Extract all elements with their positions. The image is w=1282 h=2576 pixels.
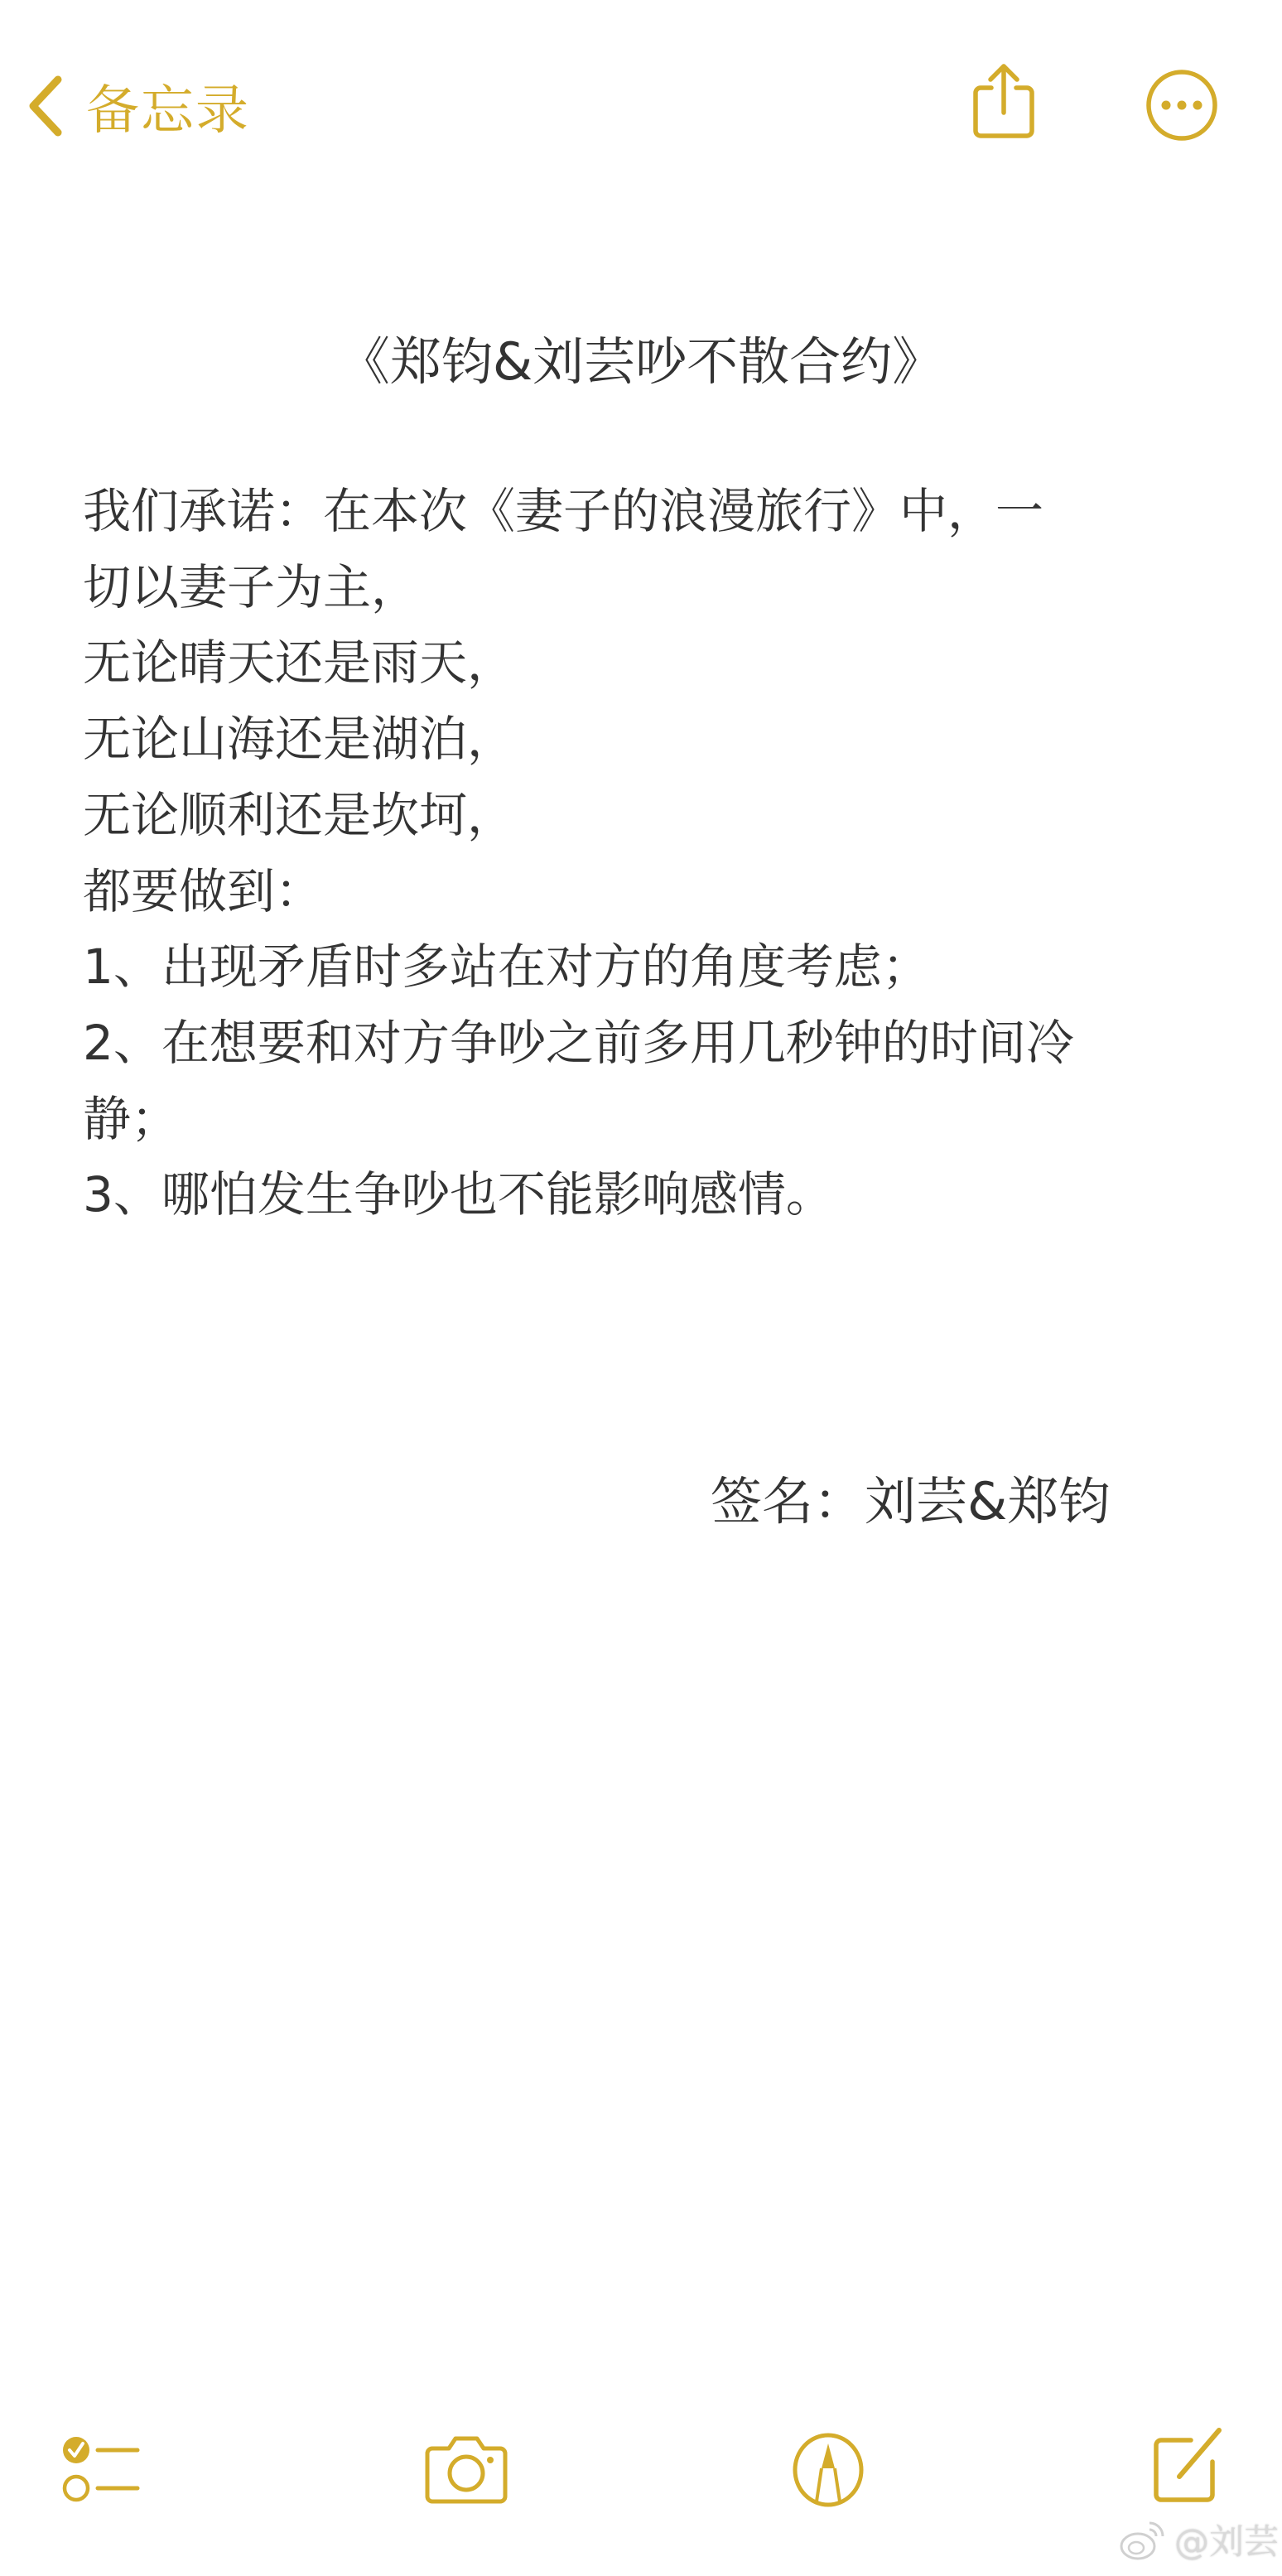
weibo-logo-icon [1118,2516,1168,2563]
weibo-watermark: @刘芸 [1118,2515,1279,2564]
compose-icon [1143,2425,1226,2508]
note-body[interactable]: 我们承诺：在本次《妻子的浪漫旅行》中，一 切以妻子为主， 无论晴天还是雨天， 无… [83,474,1201,1233]
markup-pen-icon [787,2429,870,2511]
more-circle-icon [1145,68,1219,142]
checklist-icon [56,2427,147,2510]
note-line: 3、哪怕发生争吵也不能影响感情。 [83,1157,1201,1233]
note-signature[interactable]: 签名：刘芸&郑钧 [711,1464,1110,1539]
note-title[interactable]: 《郑钧&刘芸吵不散合约》 [0,325,1282,399]
watermark-text: @刘芸 [1174,2515,1279,2564]
note-line: 无论山海还是湖泊， [83,702,1201,778]
back-label: 备忘录 [86,68,250,144]
share-button[interactable] [971,60,1037,142]
camera-icon [421,2427,512,2510]
note-line: 2、在想要和对方争吵之前多用几秒钟的时间冷 [83,1006,1201,1082]
compose-button[interactable] [1143,2425,1226,2508]
note-line: 静； [83,1082,1201,1158]
markup-button[interactable] [787,2429,870,2511]
more-button[interactable] [1145,68,1219,142]
note-line: 切以妻子为主， [83,550,1201,626]
note-line: 无论顺利还是坎坷， [83,778,1201,854]
note-line: 我们承诺：在本次《妻子的浪漫旅行》中，一 [83,474,1201,550]
chevron-left-icon [25,73,66,139]
note-line: 无论晴天还是雨天， [83,625,1201,702]
share-icon [971,60,1037,142]
back-button[interactable]: 备忘录 [25,65,250,147]
checklist-button[interactable] [56,2427,147,2510]
note-line: 1、出现矛盾时多站在对方的角度考虑； [83,929,1201,1006]
note-line: 都要做到： [83,854,1201,930]
camera-button[interactable] [421,2427,512,2510]
